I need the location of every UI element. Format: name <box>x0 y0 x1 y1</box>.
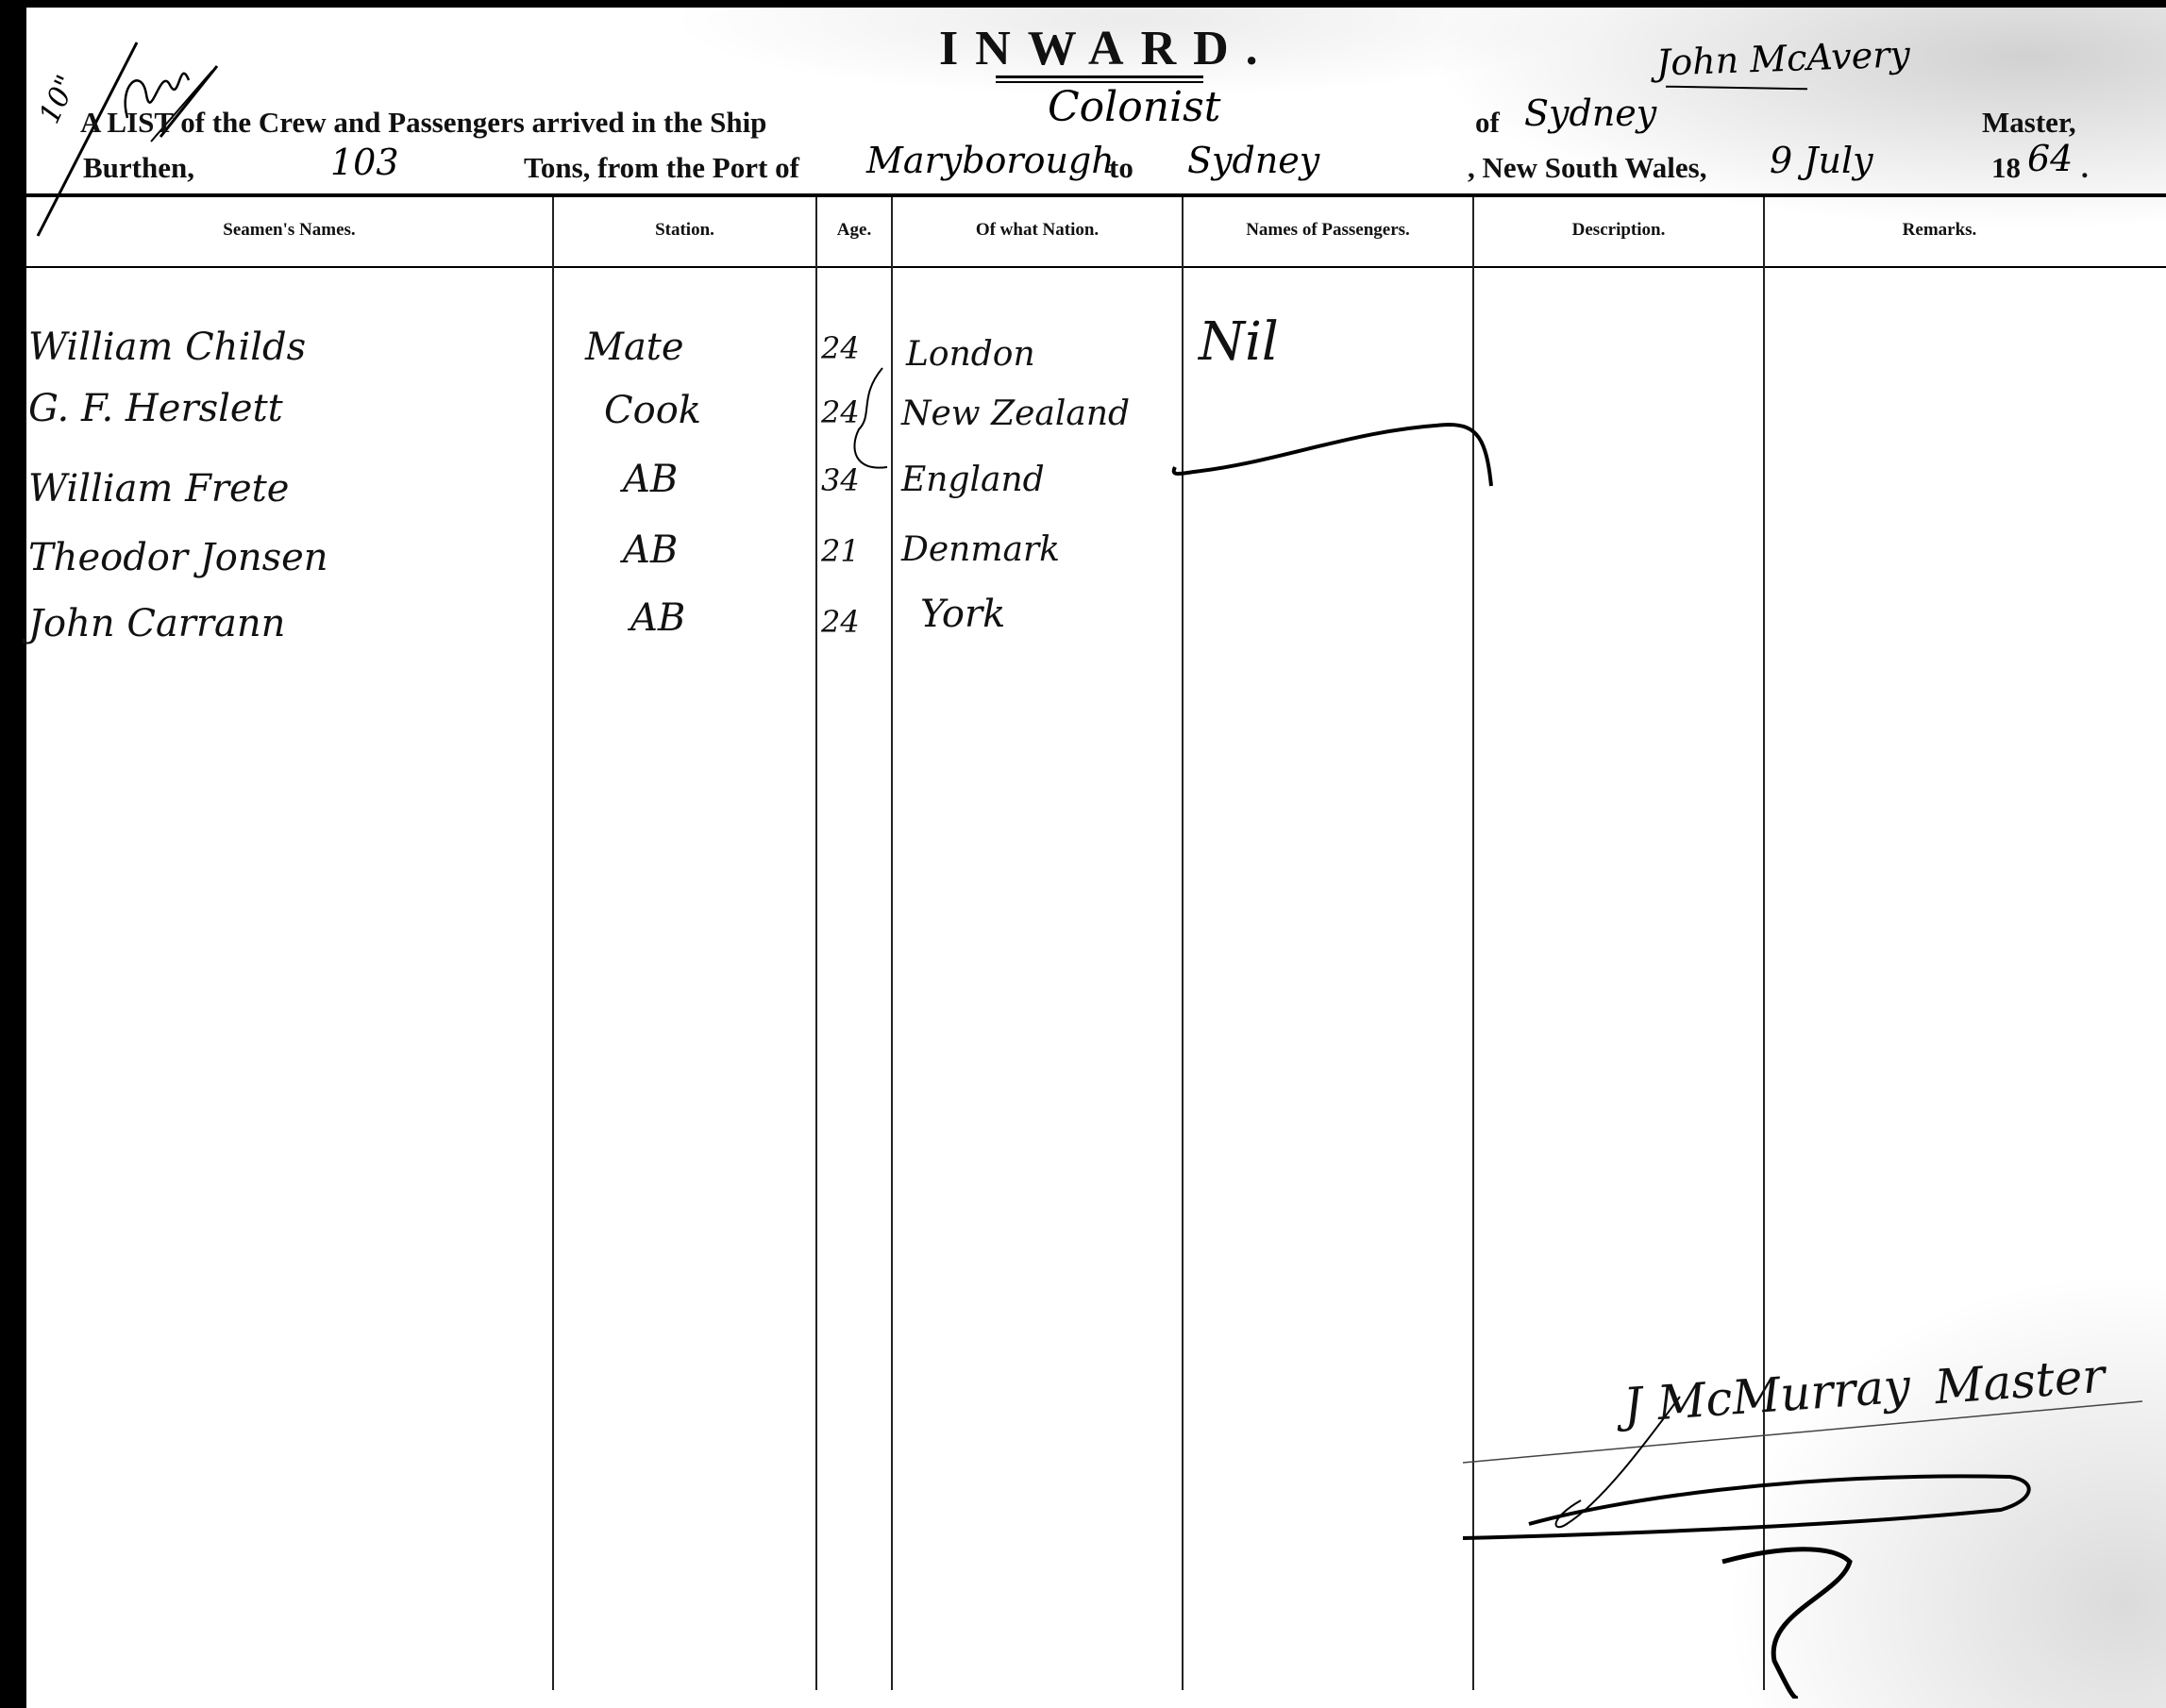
title-underline <box>996 75 1203 78</box>
column-divider-age <box>815 197 817 1690</box>
column-header-seamen-names: Seamen's Names. <box>26 220 552 241</box>
date-year-hand: 64 <box>2027 138 2073 179</box>
seaman-name: William Childs <box>28 326 306 369</box>
seaman-name: William Frete <box>28 467 289 511</box>
page-title: INWARD. <box>939 21 1275 76</box>
master-name: John McAvery <box>1655 33 1910 83</box>
seaman-nation: London <box>906 335 1035 374</box>
master-label: Master, <box>1982 106 2076 140</box>
nil-flourish-icon <box>1166 406 1496 500</box>
seaman-name: G. F. Herslett <box>28 387 283 430</box>
svg-text:10": 10" <box>33 70 84 128</box>
seaman-station: AB <box>623 528 678 572</box>
column-header-nation: Of what Nation. <box>893 220 1182 241</box>
date-period: . <box>2081 151 2089 185</box>
seaman-name: John Carrann <box>28 602 285 645</box>
column-header-station: Station. <box>554 220 815 241</box>
seaman-nation: England <box>901 460 1045 499</box>
date-year-prefix: 18 <box>1991 151 2021 185</box>
ship-port: Sydney <box>1524 92 1656 134</box>
state-label: , New South Wales, <box>1468 151 1707 185</box>
column-header-passengers: Names of Passengers. <box>1184 220 1472 241</box>
seaman-station: AB <box>623 458 678 501</box>
seaman-age: 21 <box>821 533 860 569</box>
column-header-description: Description. <box>1474 220 1763 241</box>
tons-from-port-label: Tons, from the Port of <box>524 151 799 185</box>
of-label: of <box>1475 106 1500 140</box>
passengers-nil: Nil <box>1199 311 1279 373</box>
column-divider-station <box>552 197 554 1690</box>
column-header-age: Age. <box>817 220 891 241</box>
to-label: to <box>1109 151 1133 185</box>
burthen-value: 103 <box>330 142 399 183</box>
seaman-nation: New Zealand <box>901 394 1130 433</box>
column-header-remarks: Remarks. <box>1765 220 2114 241</box>
seaman-nation: York <box>920 593 1005 636</box>
seaman-name: Theodor Jonsen <box>28 536 328 579</box>
seaman-age: 24 <box>821 604 860 640</box>
from-port: Maryborough <box>866 140 1115 181</box>
seaman-station: Mate <box>585 326 684 369</box>
age-brace-icon <box>831 359 897 491</box>
list-heading-text: A LIST of the Crew and Passengers arrive… <box>80 106 766 140</box>
master-name-flourish <box>1666 86 1807 91</box>
document-page: 10" INWARD. John McAvery A LIST of the C… <box>0 0 2166 1708</box>
header-bottom-rule <box>26 266 2166 268</box>
seaman-nation: Denmark <box>901 530 1060 569</box>
to-port: Sydney <box>1187 140 1319 181</box>
burthen-label: Burthen, <box>83 151 194 185</box>
table-top-rule <box>26 193 2166 197</box>
seaman-station: Cook <box>604 389 701 432</box>
seaman-station: AB <box>630 596 685 640</box>
scan-left-border <box>0 0 26 1708</box>
date-day-month: 9 July <box>1770 140 1873 181</box>
ship-name: Colonist <box>1048 83 1220 131</box>
scan-top-border <box>0 0 2166 8</box>
